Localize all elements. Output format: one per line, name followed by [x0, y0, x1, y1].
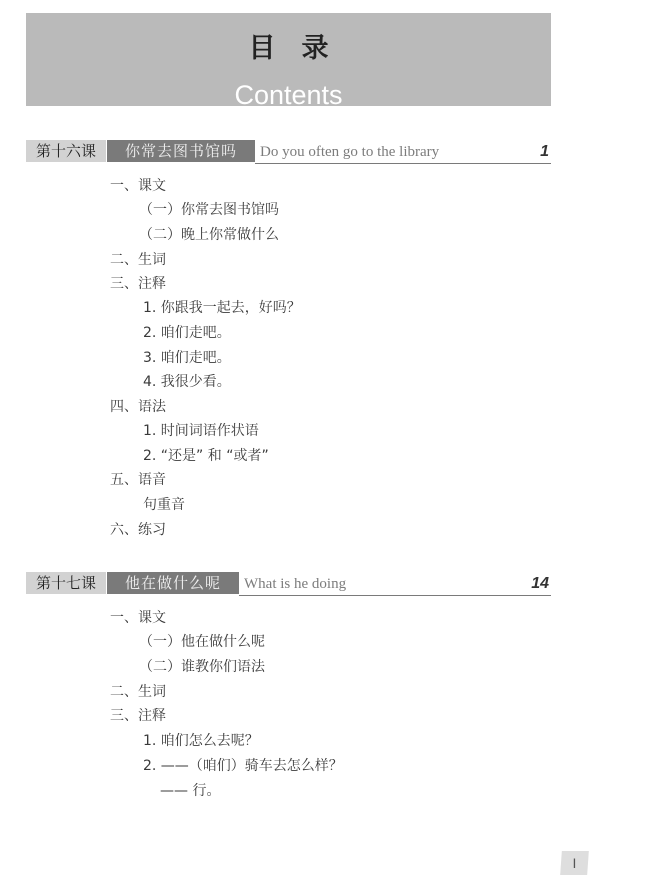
lesson-number: 第十六课 [26, 140, 106, 162]
lesson-title-cn: 你常去图书馆吗 [107, 140, 255, 162]
lesson-title-cn: 他在做什么呢 [107, 572, 239, 594]
toc-item[interactable]: 一、课文 [110, 608, 166, 628]
toc-item[interactable]: 1. 你跟我一起去，好吗？ [143, 298, 301, 318]
toc-item[interactable]: （二）谁教你们语法 [139, 657, 265, 677]
toc-item[interactable]: 4. 我很少看。 [143, 372, 231, 392]
toc-item[interactable]: 1. 时间词语作状语 [143, 421, 259, 441]
toc-item[interactable]: —— 行。 [160, 781, 220, 801]
toc-item[interactable]: （二）晚上你常做什么 [139, 225, 279, 245]
toc-item[interactable]: 2. ——（咱们）骑车去怎么样？ [143, 756, 343, 776]
toc-item[interactable]: 二、生词 [110, 250, 166, 270]
toc-item[interactable]: 六、练习 [110, 520, 166, 540]
header-title-en: Contents [26, 79, 551, 111]
toc-item[interactable]: 二、生词 [110, 682, 166, 702]
divider [255, 163, 551, 164]
lesson-17-heading[interactable]: 第十七课 他在做什么呢 What is he doing 14 [26, 572, 551, 596]
toc-item[interactable]: 句重音 [143, 495, 185, 515]
toc-item[interactable]: 五、语音 [110, 470, 166, 490]
page-number: I [561, 851, 588, 875]
header-title-cn: 目录 [26, 33, 551, 65]
toc-item[interactable]: 四、语法 [110, 397, 166, 417]
toc-item[interactable]: （一）你常去图书馆吗 [139, 200, 279, 220]
toc-item[interactable]: 三、注释 [110, 706, 166, 726]
lesson-page-number: 14 [531, 572, 549, 596]
lesson-page-number: 1 [540, 140, 549, 164]
contents-header: 目录 Contents [26, 13, 551, 106]
toc-item[interactable]: 2. “还是” 和 “或者” [143, 446, 269, 466]
toc-item[interactable]: 3. 咱们走吧。 [143, 348, 231, 368]
lesson-title-en: What is he doing [244, 572, 346, 596]
toc-item[interactable]: 2. 咱们走吧。 [143, 323, 231, 343]
toc-item[interactable]: 三、注释 [110, 274, 166, 294]
divider [239, 595, 551, 596]
toc-item[interactable]: 一、课文 [110, 176, 166, 196]
toc-item[interactable]: （一）他在做什么呢 [139, 632, 265, 652]
lesson-number: 第十七课 [26, 572, 106, 594]
lesson-16-heading[interactable]: 第十六课 你常去图书馆吗 Do you often go to the libr… [26, 140, 551, 164]
page-number-tab: I [560, 851, 589, 875]
toc-item[interactable]: 1. 咱们怎么去呢？ [143, 731, 259, 751]
lesson-title-en: Do you often go to the library [260, 140, 439, 164]
